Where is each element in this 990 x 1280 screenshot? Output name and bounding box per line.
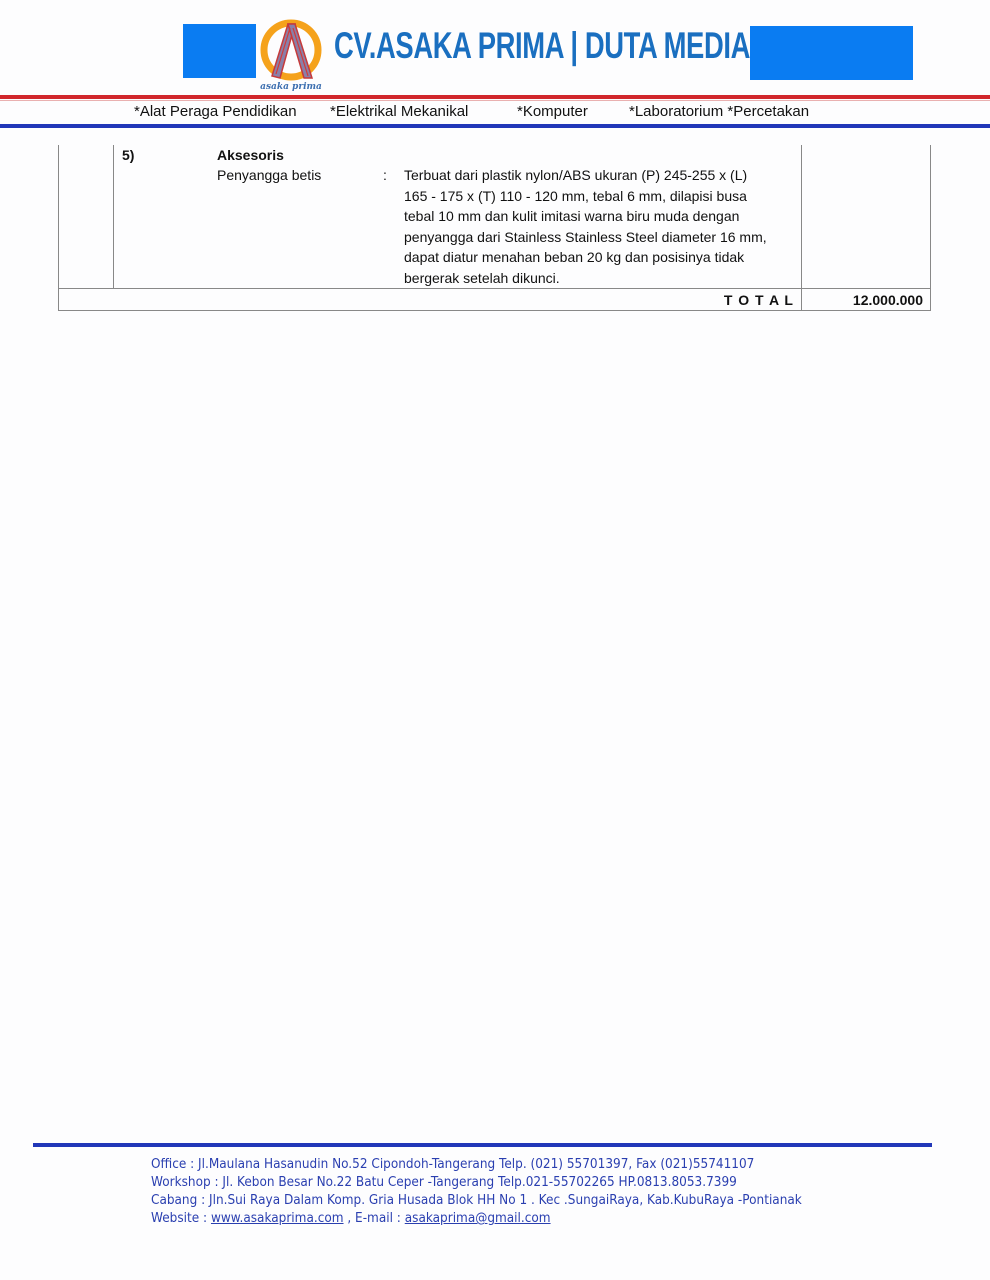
svg-text:asaka prima: asaka prima	[260, 82, 322, 92]
tagline-item: *Komputer	[517, 103, 588, 120]
website-label: Website :	[151, 1211, 211, 1226]
spec-label: Penyangga betis	[217, 165, 321, 186]
email-link[interactable]: asakaprima@gmail.com	[405, 1211, 551, 1226]
company-logo-icon: asaka prima	[258, 16, 328, 92]
table-border-col1	[113, 145, 114, 288]
description-line: 165 - 175 x (T) 110 - 120 mm, tebal 6 mm…	[404, 186, 804, 207]
description-line: penyangga dari Stainless Stainless Steel…	[404, 227, 804, 248]
table-bottom-border	[58, 310, 931, 311]
description-line: bergerak setelah dikunci.	[404, 268, 804, 289]
total-label: T O T A L	[724, 290, 794, 311]
item-title: Aksesoris	[217, 145, 284, 166]
description-line: dapat diatur menahan beban 20 kg dan pos…	[404, 247, 804, 268]
footer-office: Office : Jl.Maulana Hasanudin No.52 Cipo…	[151, 1156, 802, 1174]
website-link[interactable]: www.asakaprima.com	[211, 1211, 344, 1226]
footer-web-row: Website : www.asakaprima.com , E-mail : …	[151, 1210, 802, 1228]
footer-workshop: Workshop : Jl. Kebon Besar No.22 Batu Ce…	[151, 1174, 802, 1192]
tagline-item: *Elektrikal Mekanikal	[330, 103, 468, 120]
footer-cabang: Cabang : Jln.Sui Raya Dalam Komp. Gria H…	[151, 1192, 802, 1210]
description-line: tebal 10 mm dan kulit imitasi warna biru…	[404, 206, 804, 227]
tagline-item: *Laboratorium *Percetakan	[629, 103, 809, 120]
header-rule-red-thin	[0, 100, 990, 101]
header-rule-red	[0, 95, 990, 99]
header-rule-blue	[0, 124, 990, 128]
email-label: , E-mail :	[344, 1211, 405, 1226]
footer-rule	[33, 1143, 932, 1147]
header-blue-block-left	[183, 24, 256, 78]
spec-separator: :	[383, 165, 387, 186]
description-line: Terbuat dari plastik nylon/ABS ukuran (P…	[404, 165, 804, 186]
header-blue-block-right	[750, 26, 913, 80]
footer-contact: Office : Jl.Maulana Hasanudin No.52 Cipo…	[151, 1156, 802, 1228]
item-number: 5)	[122, 145, 134, 166]
total-value: 12.000.000	[853, 290, 923, 311]
tagline-item: *Alat Peraga Pendidikan	[134, 103, 297, 120]
spec-description: Terbuat dari plastik nylon/ABS ukuran (P…	[404, 165, 804, 288]
table-border-left	[58, 145, 59, 311]
table-border-right	[930, 145, 931, 311]
table-row-divider	[58, 288, 931, 289]
